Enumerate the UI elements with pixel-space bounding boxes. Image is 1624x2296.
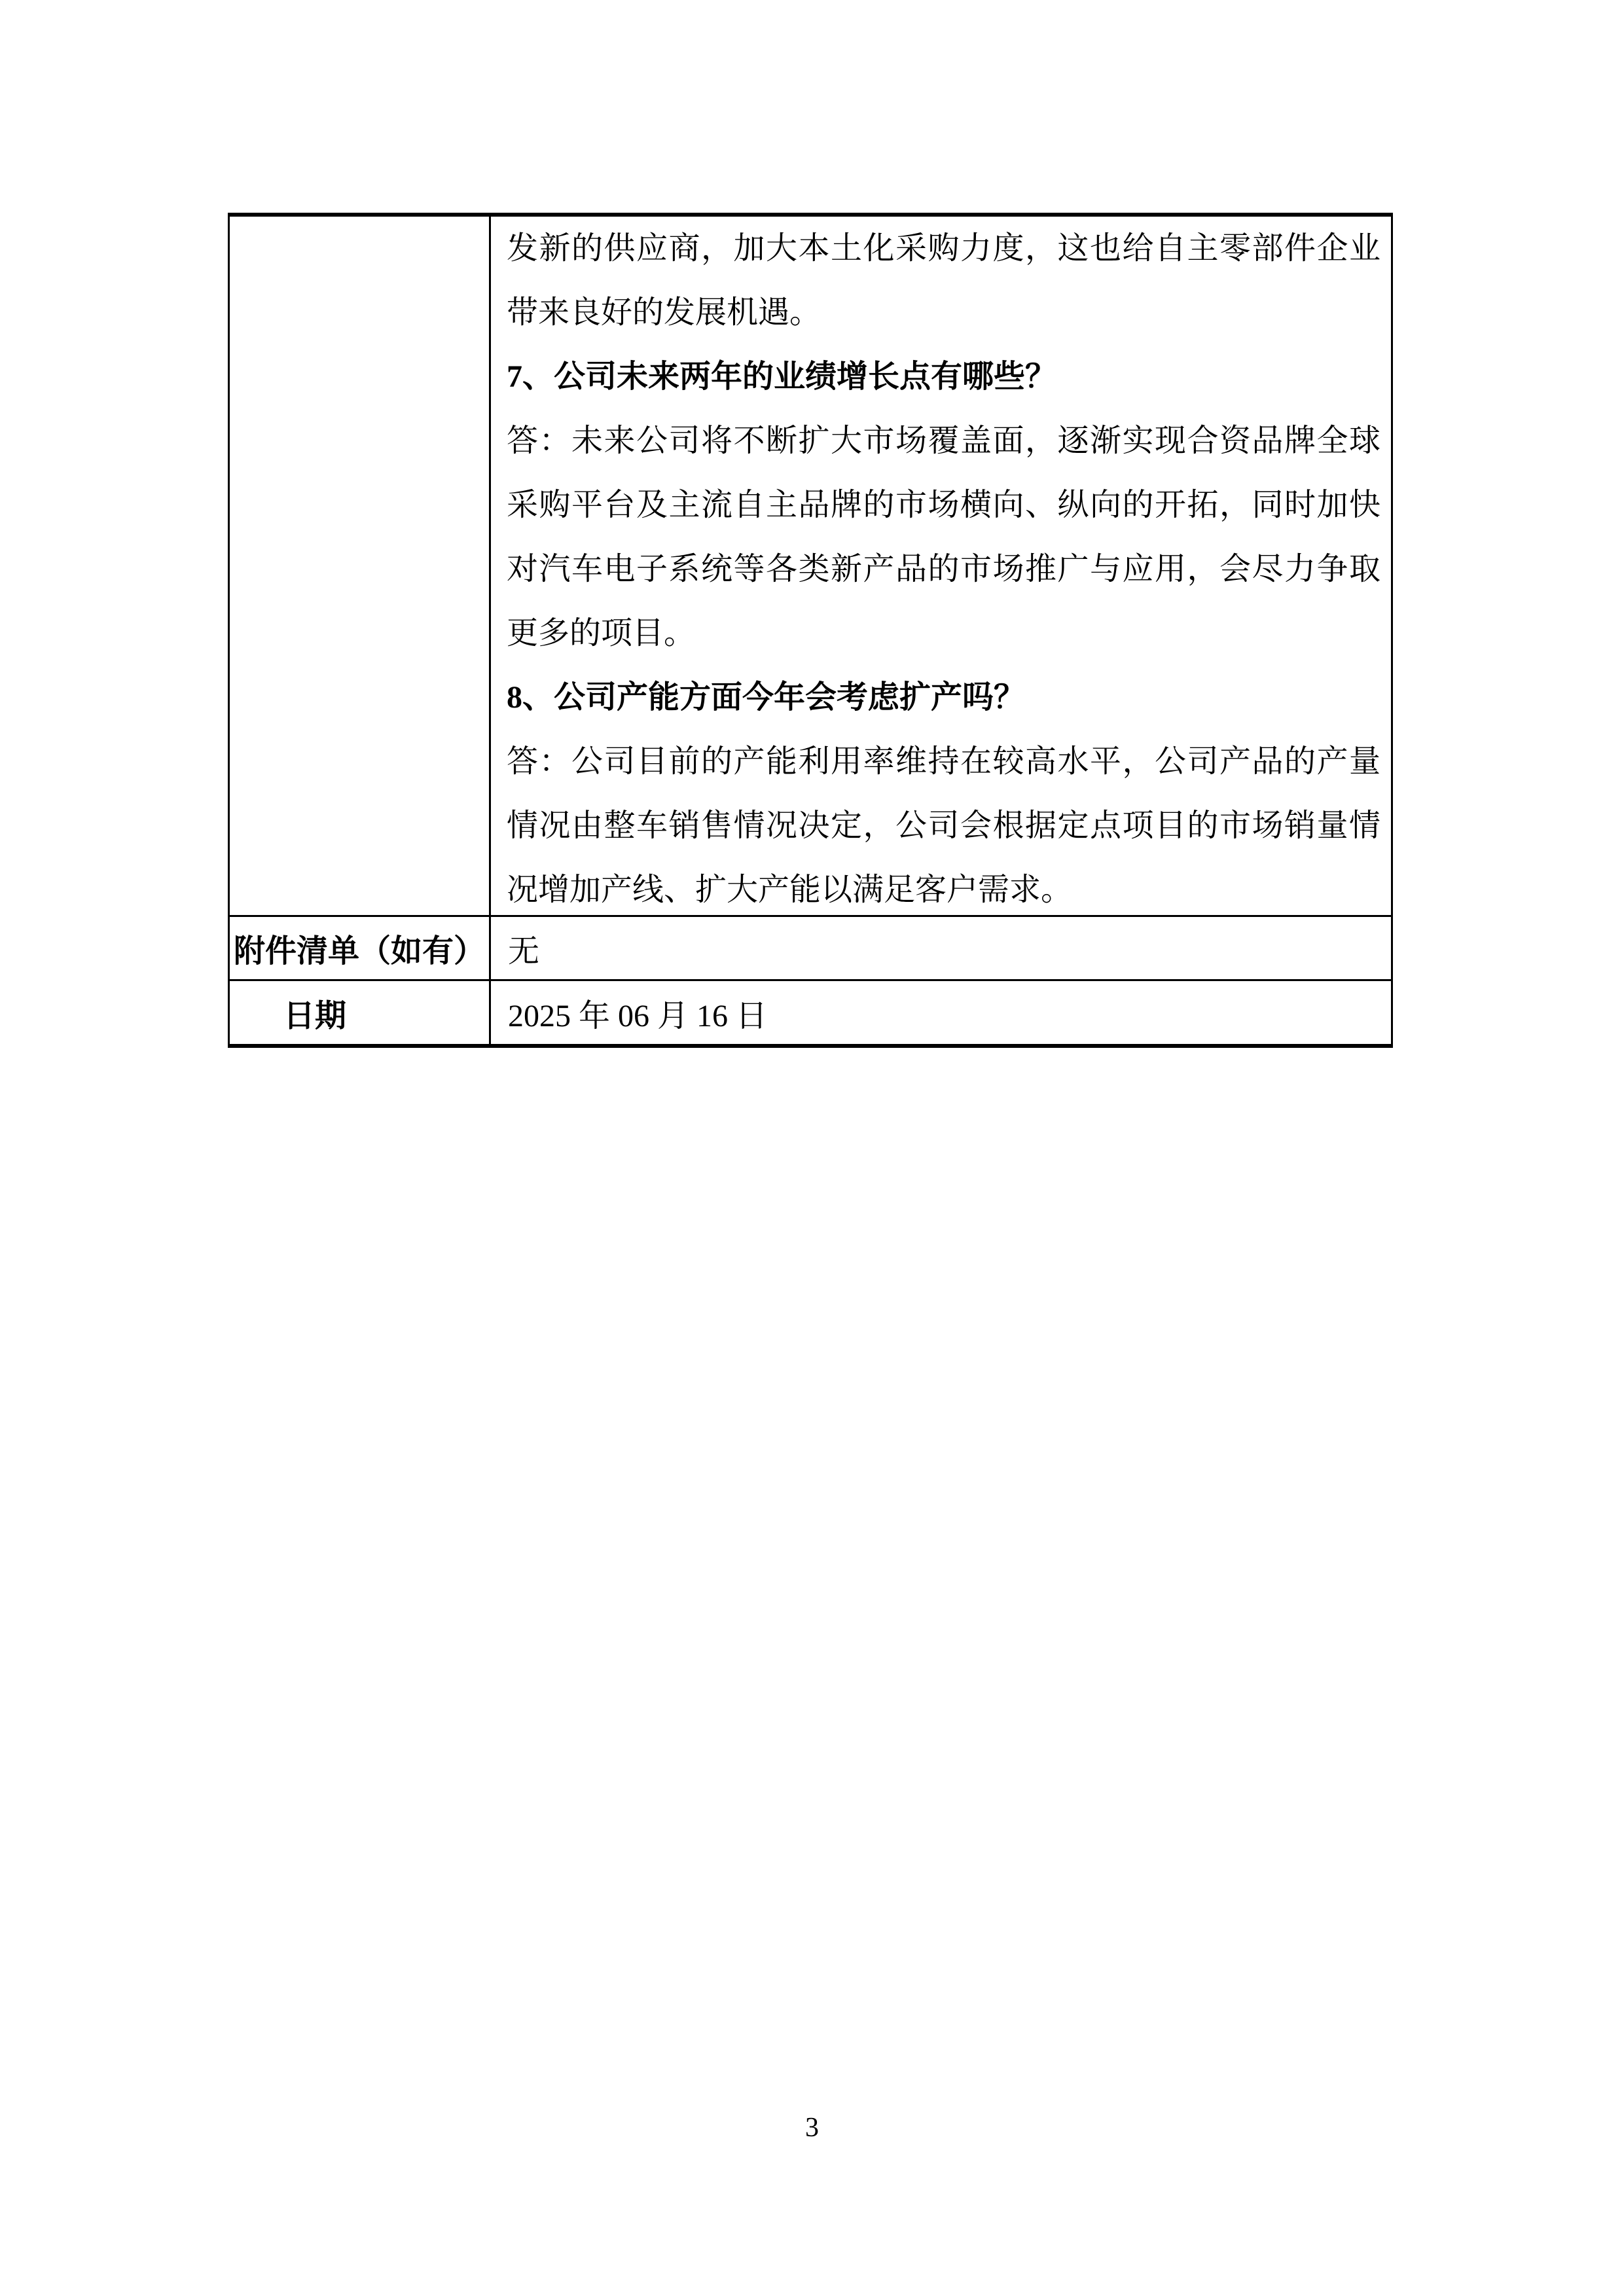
qa-line-5: 采购平台及主流自主品牌的市场横向、纵向的开拓，同时加快	[507, 473, 1380, 537]
qa-continuation-row: 发新的供应商，加大本土化采购力度，这也给自主零部件企业 带来良好的发展机遇。 7…	[230, 217, 1391, 917]
investor-qa-record-table: 发新的供应商，加大本土化采购力度，这也给自主零部件企业 带来良好的发展机遇。 7…	[228, 213, 1393, 1048]
qa-line-2: 带来良好的发展机遇。	[507, 281, 1380, 345]
page-number: 3	[0, 2111, 1624, 2144]
qa-line-1: 发新的供应商，加大本土化采购力度，这也给自主零部件企业	[507, 217, 1380, 281]
qa-line-4: 答：未来公司将不断扩大市场覆盖面，逐渐实现合资品牌全球	[507, 409, 1380, 473]
date-value: 2025 年 06 月 16 日	[491, 981, 1391, 1044]
qa-question-8: 8、公司产能方面今年会考虑扩产吗？	[507, 666, 1380, 730]
qa-row-content-cell: 发新的供应商，加大本土化采购力度，这也给自主零部件企业 带来良好的发展机遇。 7…	[491, 217, 1391, 915]
qa-line-10: 情况由整车销售情况决定，公司会根据定点项目的市场销量情	[507, 794, 1380, 858]
document-page: 发新的供应商，加大本土化采购力度，这也给自主零部件企业 带来良好的发展机遇。 7…	[0, 0, 1624, 2296]
qa-line-6: 对汽车电子系统等各类新产品的市场推广与应用，会尽力争取	[507, 537, 1380, 601]
qa-question-7: 7、公司未来两年的业绩增长点有哪些？	[507, 345, 1380, 409]
attachment-list-row: 附件清单（如有） 无	[230, 917, 1391, 981]
qa-line-11: 况增加产线、扩大产能以满足客户需求。	[507, 858, 1380, 915]
qa-row-empty-label-cell	[230, 217, 491, 915]
attachment-list-label: 附件清单（如有）	[230, 917, 491, 979]
attachment-list-value: 无	[491, 917, 1391, 979]
qa-line-7: 更多的项目。	[507, 601, 1380, 666]
date-row: 日期 2025 年 06 月 16 日	[230, 981, 1391, 1044]
qa-line-9: 答：公司目前的产能利用率维持在较高水平，公司产品的产量	[507, 730, 1380, 794]
date-label: 日期	[230, 981, 491, 1044]
